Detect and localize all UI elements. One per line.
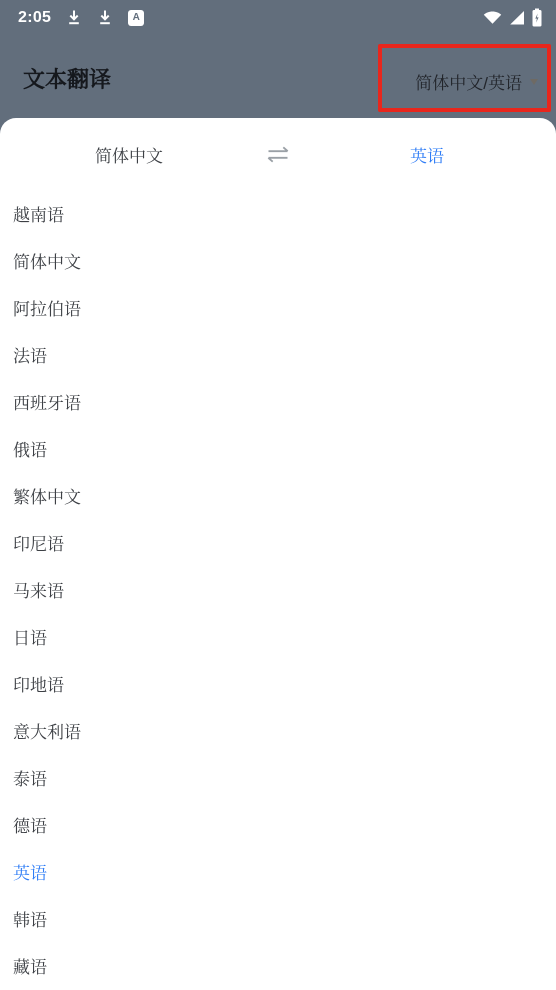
language-list: 越南语简体中文阿拉伯语法语西班牙语俄语繁体中文印尼语马来语日语印地语意大利语泰语… xyxy=(0,190,556,989)
download-icon xyxy=(66,9,82,26)
language-option[interactable]: 藏语 xyxy=(0,942,556,989)
tab-source-language[interactable]: 简体中文 xyxy=(0,142,258,167)
tab-target-language[interactable]: 英语 xyxy=(298,142,556,167)
download-icon xyxy=(97,9,113,26)
status-bar-right xyxy=(483,8,542,27)
page-title: 文本翻译 xyxy=(23,66,111,94)
status-bar: 2:05 A xyxy=(0,0,556,33)
language-pair-selector[interactable]: 简体中文/英语 xyxy=(415,69,538,93)
status-bar-left: 2:05 A xyxy=(18,9,144,27)
swap-arrows-icon xyxy=(265,146,291,163)
clock: 2:05 xyxy=(18,9,51,27)
language-option[interactable]: 印地语 xyxy=(0,660,556,707)
chevron-down-icon xyxy=(530,79,538,85)
language-option[interactable]: 印尼语 xyxy=(0,519,556,566)
language-option[interactable]: 泰语 xyxy=(0,754,556,801)
header: 文本翻译 简体中文/英语 xyxy=(0,33,556,118)
language-option[interactable]: 简体中文 xyxy=(0,237,556,284)
language-pair-label: 简体中文/英语 xyxy=(415,69,522,94)
language-tabs: 简体中文 英语 xyxy=(0,118,556,190)
language-option[interactable]: 德语 xyxy=(0,801,556,848)
language-option[interactable]: 越南语 xyxy=(0,190,556,237)
swap-languages-button[interactable] xyxy=(258,146,298,163)
wifi-icon xyxy=(483,10,502,25)
language-option[interactable]: 西班牙语 xyxy=(0,378,556,425)
battery-charging-icon xyxy=(532,8,542,27)
language-option[interactable]: 韩语 xyxy=(0,895,556,942)
language-option[interactable]: 繁体中文 xyxy=(0,472,556,519)
language-option[interactable]: 俄语 xyxy=(0,425,556,472)
auto-a-icon: A xyxy=(128,10,144,26)
language-option[interactable]: 英语 xyxy=(0,848,556,895)
language-option[interactable]: 马来语 xyxy=(0,566,556,613)
language-option[interactable]: 日语 xyxy=(0,613,556,660)
language-option[interactable]: 法语 xyxy=(0,331,556,378)
language-option[interactable]: 阿拉伯语 xyxy=(0,284,556,331)
cellular-signal-icon xyxy=(509,11,525,25)
language-option[interactable]: 意大利语 xyxy=(0,707,556,754)
app-screen: 2:05 A 文本翻译 xyxy=(0,0,556,990)
language-picker-panel: 简体中文 英语 越南语简体中文阿拉伯语法语西班牙语俄语繁体中文印尼语马来语日语印… xyxy=(0,118,556,990)
